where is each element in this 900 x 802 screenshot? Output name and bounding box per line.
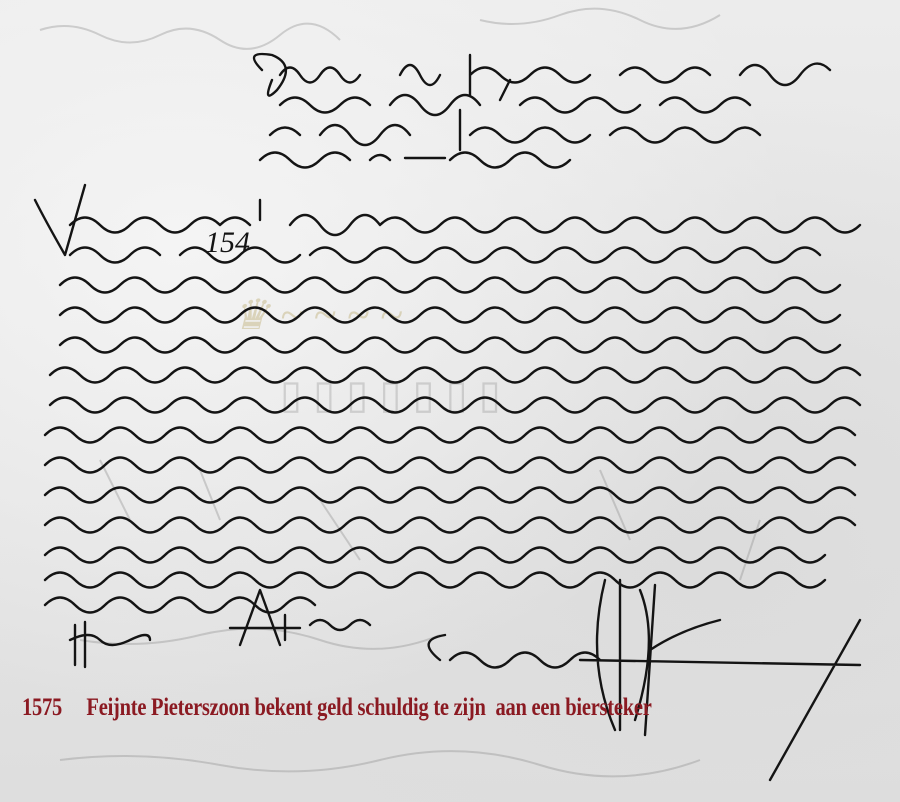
- caption-year: 1575: [22, 694, 62, 721]
- handwritten-text: 154: [0, 0, 900, 802]
- caption: 1575 Feijnte Pieterszoon bekent geld sch…: [22, 694, 735, 722]
- folio-number-154: 154: [205, 226, 250, 259]
- scanned-document-page: ♛ ~ ~ ~ ~ ▯ ▯ ▯ ▯ ▯ ▯ ▯: [0, 0, 900, 802]
- signature-feijnte: [70, 622, 150, 667]
- caption-text: Feijnte Pieterszoon bekent geld schuldig…: [86, 694, 651, 721]
- notary-signature: [429, 580, 860, 780]
